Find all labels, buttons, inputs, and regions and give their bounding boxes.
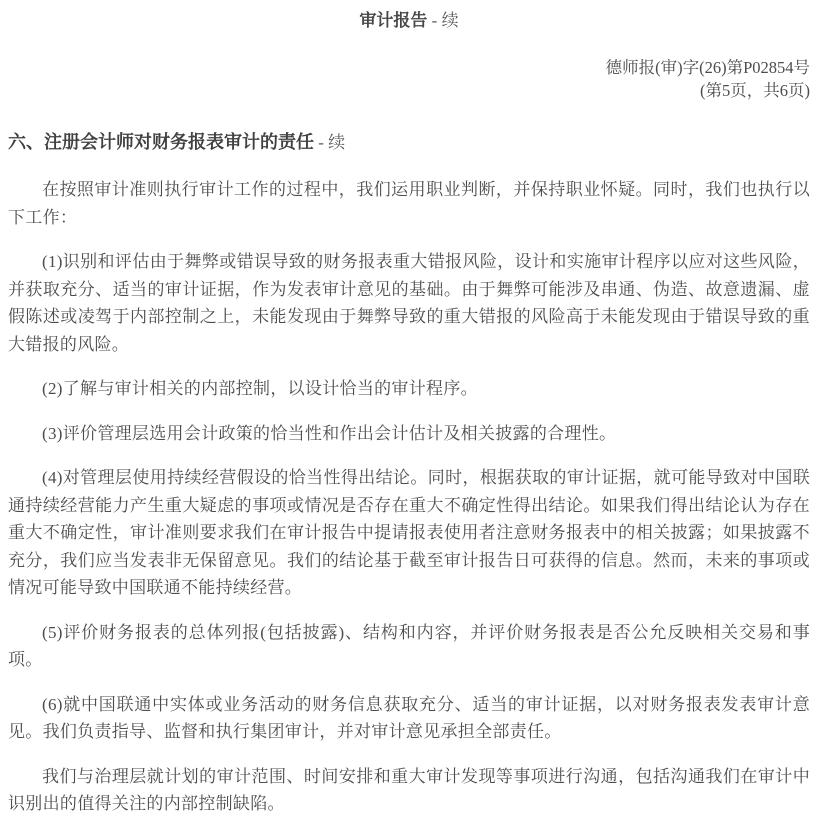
page-title-suffix: - 续 <box>427 11 458 30</box>
paragraph-item-4: (4)对管理层使用持续经营假设的恰当性得出结论。同时，根据获取的审计证据，就可能… <box>8 464 810 602</box>
section-heading: 六、注册会计师对财务报表审计的责任 - 续 <box>8 130 810 155</box>
paragraph-item-3: (3)评价管理层选用会计政策的恰当性和作出会计估计及相关披露的合理性。 <box>8 420 810 448</box>
section-heading-suffix: - 续 <box>314 133 345 152</box>
section-body: 在按照审计准则执行审计工作的过程中，我们运用职业判断，并保持职业怀疑。同时，我们… <box>8 176 810 818</box>
paragraph-communication: 我们与治理层就计划的审计范围、时间安排和重大审计发现等事项进行沟通，包括沟通我们… <box>8 763 810 818</box>
audit-report-page: 审计报告 - 续 德师报(审)字(26)第P02854号 (第5页，共6页) 六… <box>0 0 818 826</box>
page-indicator: (第5页，共6页) <box>8 79 810 102</box>
reference-block: 德师报(审)字(26)第P02854号 (第5页，共6页) <box>8 56 810 102</box>
paragraph-item-2: (2)了解与审计相关的内部控制，以设计恰当的审计程序。 <box>8 375 810 403</box>
section-heading-main: 六、注册会计师对财务报表审计的责任 <box>8 132 314 152</box>
document-number: 德师报(审)字(26)第P02854号 <box>8 56 810 79</box>
paragraph-item-1: (1)识别和评估由于舞弊或错误导致的财务报表重大错报风险，设计和实施审计程序以应… <box>8 248 810 358</box>
paragraph-item-6: (6)就中国联通中实体或业务活动的财务信息获取充分、适当的审计证据，以对财务报表… <box>8 691 810 746</box>
paragraph-intro: 在按照审计准则执行审计工作的过程中，我们运用职业判断，并保持职业怀疑。同时，我们… <box>8 176 810 231</box>
page-title: 审计报告 - 续 <box>8 10 810 32</box>
paragraph-item-5: (5)评价财务报表的总体列报(包括披露)、结构和内容，并评价财务报表是否公允反映… <box>8 619 810 674</box>
page-title-main: 审计报告 <box>359 11 427 30</box>
